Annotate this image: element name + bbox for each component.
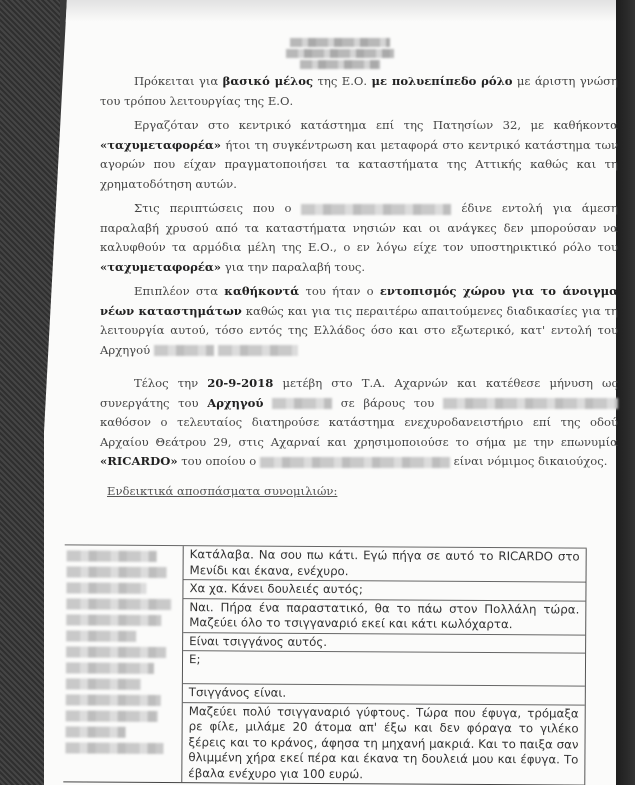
redacted-speaker bbox=[65, 742, 163, 754]
redacted-speaker bbox=[67, 566, 167, 578]
redacted-speaker bbox=[66, 662, 154, 674]
document-body: Πρόκειται για βασικό μέλος της Ε.Ο. με π… bbox=[100, 72, 618, 472]
redacted-speaker bbox=[66, 630, 136, 641]
redacted-speaker bbox=[66, 582, 146, 593]
redacted-name bbox=[443, 398, 618, 409]
redacted-speaker bbox=[66, 710, 158, 722]
conversation-row: Ναι. Πήρα ένα παραστατικό, θα το πάω στο… bbox=[183, 599, 585, 635]
paragraph: Πρόκειται για βασικό μέλος της Ε.Ο. με π… bbox=[100, 72, 618, 111]
conversation-row: Χα χα. Κάνει δουλειές αυτός; bbox=[183, 580, 585, 601]
redacted-speaker bbox=[66, 598, 171, 610]
redacted-name bbox=[272, 398, 332, 409]
redacted-speaker bbox=[66, 646, 166, 658]
redacted-name bbox=[301, 204, 451, 215]
redacted-name bbox=[260, 457, 450, 468]
redacted-name bbox=[154, 345, 214, 356]
redacted-speaker bbox=[66, 726, 126, 737]
conversation-table: Κατάλαβα. Να σου πω κάτι. Εγώ πήγα σε αυ… bbox=[63, 544, 586, 785]
conversation-row: Κατάλαβα. Να σου πω κάτι. Εγώ πήγα σε αυ… bbox=[184, 546, 586, 582]
conversation-row: Μαζεύει πολύ τσιγγαναριό γύφτους. Τώρα π… bbox=[182, 703, 584, 785]
redacted-header bbox=[286, 38, 394, 71]
redacted-name bbox=[218, 345, 298, 356]
redacted-speaker-column bbox=[63, 545, 179, 782]
redacted-speaker bbox=[66, 614, 161, 626]
redacted-speaker bbox=[66, 694, 161, 706]
conversation-row: Ε; bbox=[183, 651, 585, 686]
redacted-speaker bbox=[67, 550, 157, 562]
section-heading: Ενδεικτικά αποσπάσματα συνομιλιών: bbox=[107, 484, 337, 498]
redacted-speaker bbox=[66, 678, 141, 689]
conversation-column: Κατάλαβα. Να σου πω κάτι. Εγώ πήγα σε αυ… bbox=[181, 546, 586, 784]
conversation-row: Είναι τσιγγάνος αυτός. bbox=[183, 633, 585, 654]
paragraph: Τέλος την 20-9-2018 μετέβη στο Τ.Α. Αχαρ… bbox=[100, 374, 618, 472]
desk-background-right bbox=[615, 0, 635, 785]
conversation-row: Τσιγγάνος είναι. bbox=[183, 684, 585, 705]
paragraph: Στις περιπτώσεις που ο έδινε εντολή για … bbox=[100, 199, 618, 277]
paragraph: Εργαζόταν στο κεντρικό κατάστημα επί της… bbox=[100, 116, 618, 194]
paragraph: Επιπλέον στα καθήκοντά του ήταν ο εντοπι… bbox=[100, 282, 618, 360]
